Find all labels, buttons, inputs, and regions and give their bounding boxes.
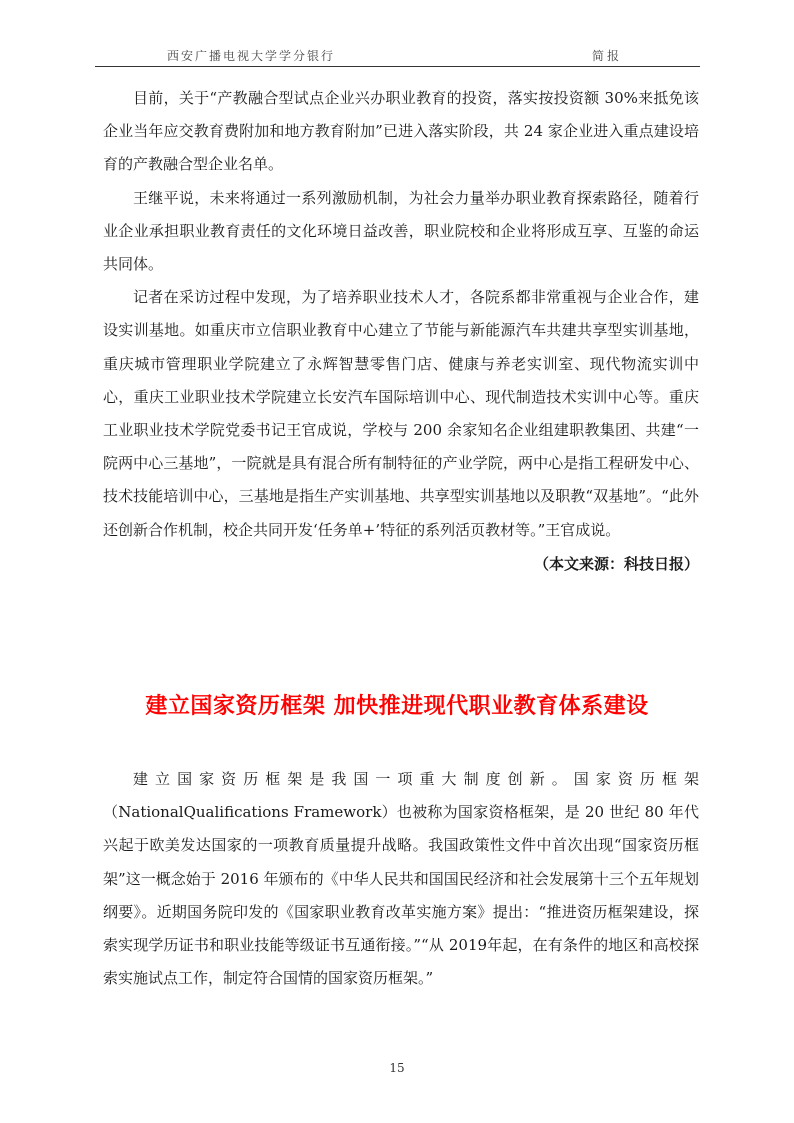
paragraph: 记者在采访过程中发现，为了培养职业技术人才，各院系都非常重视与企业合作，建设实训… [103,281,699,547]
paragraph: 目前，关于“产教融合型试点企业兴办职业教育的投资，落实按投资额 30%来抵免该企… [103,82,699,182]
article-2-body: 建立国家资历框架是我国一项重大制度创新。国家资历框架（NationalQuali… [103,763,699,995]
header-organization: 西安广播电视大学学分银行 [167,47,335,64]
article-2-title: 建立国家资历框架 加快推进现代职业教育体系建设 [0,689,794,720]
article-1-body: 目前，关于“产教融合型试点企业兴办职业教育的投资，落实按投资额 30%来抵免该企… [103,82,699,581]
page-header: 西安广播电视大学学分银行 简报 [95,44,700,67]
paragraph: 王继平说，未来将通过一系列激励机制，为社会力量举办职业教育探索路径，随着行业企业… [103,182,699,282]
article-source: （本文来源：科技日报） [103,548,699,581]
header-doc-type: 简报 [592,47,622,64]
page-number: 15 [0,1061,794,1075]
paragraph: 建立国家资历框架是我国一项重大制度创新。国家资历框架（NationalQuali… [103,763,699,995]
